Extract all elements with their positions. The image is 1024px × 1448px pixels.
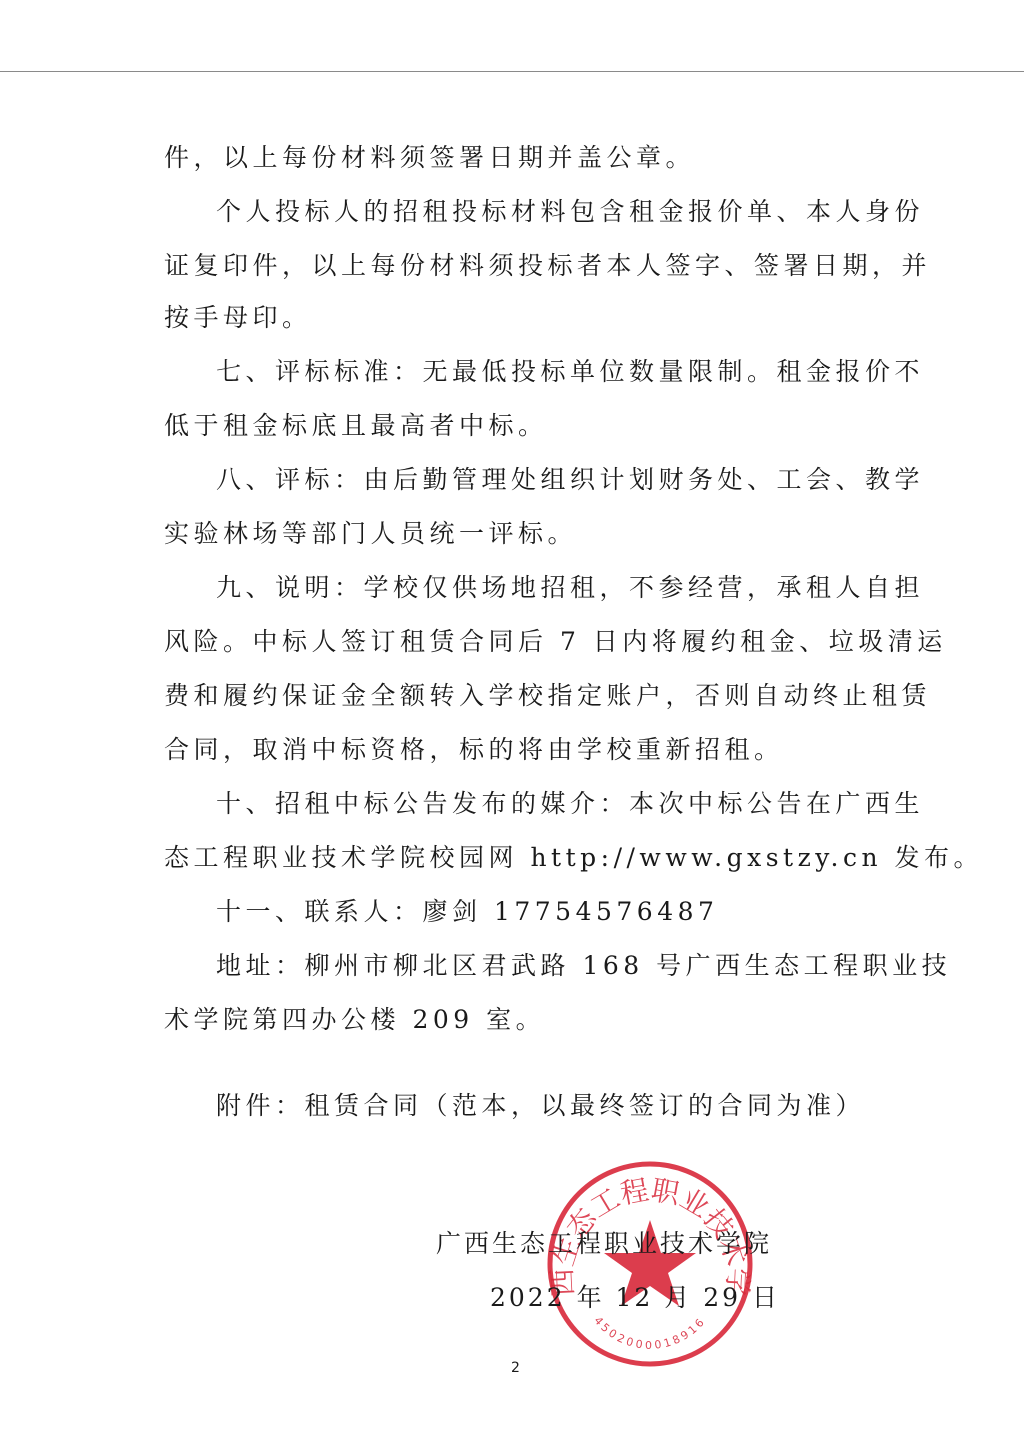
document-line: 风险。中标人签订租赁合同后 7 日内将履约租金、垃圾清运 (164, 626, 947, 658)
document-line: 费和履约保证金全额转入学校指定账户，否则自动终止租赁 (164, 680, 931, 712)
document-line: 七、评标标准：无最低投标单位数量限制。租金报价不 (216, 356, 924, 388)
signing-organization: 广西生态工程职业技术学院 (436, 1228, 772, 1260)
document-line: 实验林场等部门人员统一评标。 (164, 518, 577, 550)
document-line: 合同，取消中标资格，标的将由学校重新招租。 (164, 734, 784, 766)
document-line: 八、评标：由后勤管理处组织计划财务处、工会、教学 (216, 464, 924, 496)
document-line: 低于租金标底且最高者中标。 (164, 410, 548, 442)
document-line: 九、说明：学校仅供场地招租，不参经营，承租人自担 (216, 572, 924, 604)
document-line: 术学院第四办公楼 209 室。 (164, 1004, 545, 1036)
stamp-code: 4502000018916 (591, 1314, 708, 1352)
official-seal-stamp: 广西生态工程职业技术学院 4502000018916 (540, 1158, 760, 1370)
document-line: 地址：柳州市柳北区君武路 168 号广西生态工程职业技 (216, 950, 951, 982)
signing-date: 2022 年 12 月 29 日 (490, 1282, 780, 1314)
page-top-divider (0, 71, 1024, 72)
svg-text:4502000018916: 4502000018916 (591, 1314, 708, 1352)
document-line: 按手母印。 (164, 302, 312, 334)
document-line: 十、招租中标公告发布的媒介：本次中标公告在广西生 (216, 788, 924, 820)
document-line: 件，以上每份材料须签署日期并盖公章。 (164, 142, 695, 174)
document-line: 态工程职业技术学院校园网 http://www.gxstzy.cn 发布。 (164, 842, 983, 874)
document-line: 证复印件，以上每份材料须投标者本人签字、签署日期，并 (164, 250, 931, 282)
document-line: 个人投标人的招租投标材料包含租金报价单、本人身份 (216, 196, 924, 228)
document-line: 十一、联系人：廖剑 17754576487 (216, 896, 718, 928)
page-number: 2 (511, 1360, 520, 1376)
document-line: 附件：租赁合同（范本，以最终签订的合同为准） (216, 1090, 865, 1122)
